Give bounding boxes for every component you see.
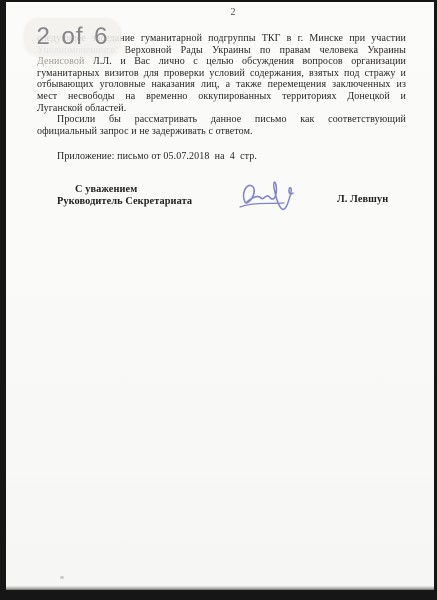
body-line: мест несвободы на временно оккупированны… [37, 91, 406, 103]
signature-ink [236, 174, 302, 220]
body-line: Просили бы рассматривать данное письмо к… [37, 114, 406, 126]
signer-title: Руководитель Секретариата [57, 196, 192, 207]
body-line: гуманитарных визитов для проверки услови… [37, 68, 406, 80]
signer-name: Л. Левшун [337, 194, 388, 205]
body-line: Луганской областей. [37, 103, 406, 115]
signature-stroke [244, 185, 277, 203]
scan-bottom-edge [6, 586, 434, 590]
scan-speck [60, 576, 64, 579]
closing-salutation: С уважением [75, 184, 137, 195]
pager-pill: 2 of 6 [24, 18, 121, 55]
page-number: 2 [224, 7, 242, 18]
attachment-line: Приложение: письмо от 05.07.2018 на 4 ст… [37, 151, 406, 163]
body-line: отбывающих уголовные наказания лиц, а та… [37, 79, 406, 91]
body-line: Денисовой Л.Л. и Вас лично с целью обсуж… [37, 56, 406, 68]
document-viewer: { "viewer": { "pager": { "label": "2 of … [0, 0, 437, 600]
pager-label: 2 of 6 [36, 22, 108, 51]
body-line: официальный запрос и не задерживать с от… [37, 126, 406, 138]
